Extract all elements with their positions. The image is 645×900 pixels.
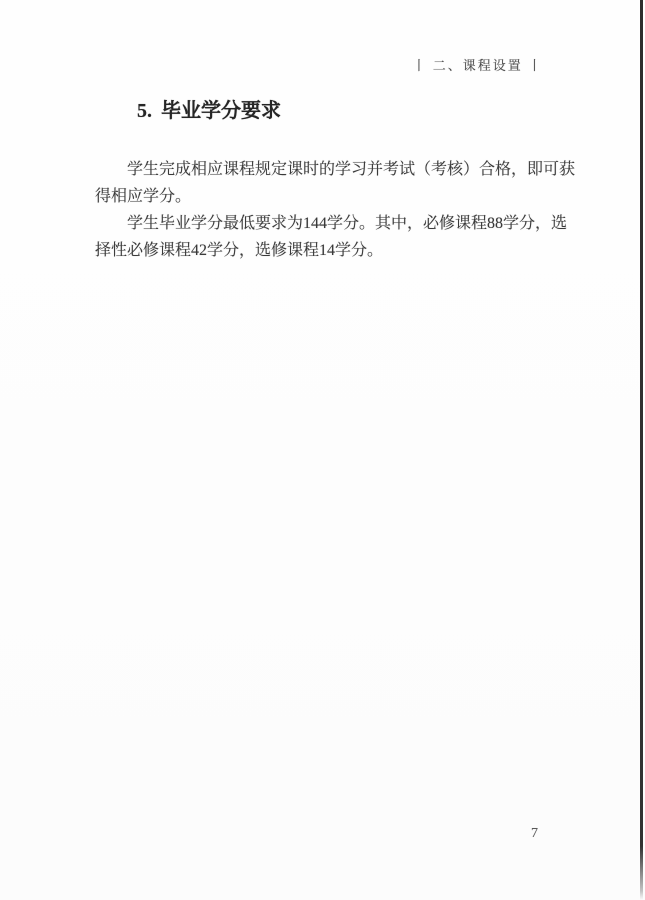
paragraph-line: 得相应学分。 <box>95 183 585 210</box>
paragraph-line: 择性必修课程42学分，选修课程14学分。 <box>95 237 585 264</box>
document-page: 丨 二、课程设置 丨 5.毕业学分要求 学生完成相应课程规定课时的学习并考试（考… <box>0 0 645 900</box>
paragraph: 学生完成相应课程规定课时的学习并考试（考核）合格，即可获 得相应学分。 <box>95 156 585 210</box>
section-title-text: 毕业学分要求 <box>161 100 281 122</box>
running-header: 丨 二、课程设置 丨 <box>0 55 543 74</box>
body-text: 学生完成相应课程规定课时的学习并考试（考核）合格，即可获 得相应学分。 学生毕业… <box>95 156 585 264</box>
paragraph-line: 学生完成相应课程规定课时的学习并考试（考核）合格，即可获 <box>95 156 585 183</box>
section-number: 5. <box>137 100 152 122</box>
scan-edge-line <box>640 0 643 900</box>
section-title: 5.毕业学分要求 <box>137 94 281 123</box>
paragraph: 学生毕业学分最低要求为144学分。其中，必修课程88学分，选 择性必修课程42学… <box>95 210 585 264</box>
paragraph-line: 学生毕业学分最低要求为144学分。其中，必修课程88学分，选 <box>95 210 585 237</box>
page-number: 7 <box>531 826 538 842</box>
